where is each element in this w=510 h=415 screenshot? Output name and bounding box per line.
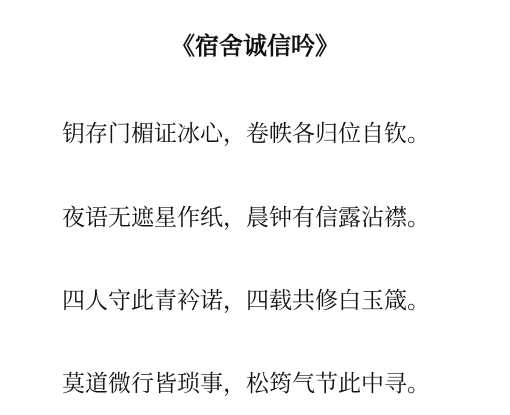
poem-title: 《宿舍诚信吟》	[0, 28, 510, 64]
poem-line-1: 钥存门楣证冰心，卷帙各归位自钦。	[62, 118, 430, 150]
poem-line-2: 夜语无遮星作纸，晨钟有信露沾襟。	[62, 202, 430, 234]
poem-line-4: 莫道微行皆琐事，松筠气节此中寻。	[62, 368, 430, 400]
poem-line-3: 四人守此青衿诺，四载共修白玉箴。	[62, 285, 430, 317]
